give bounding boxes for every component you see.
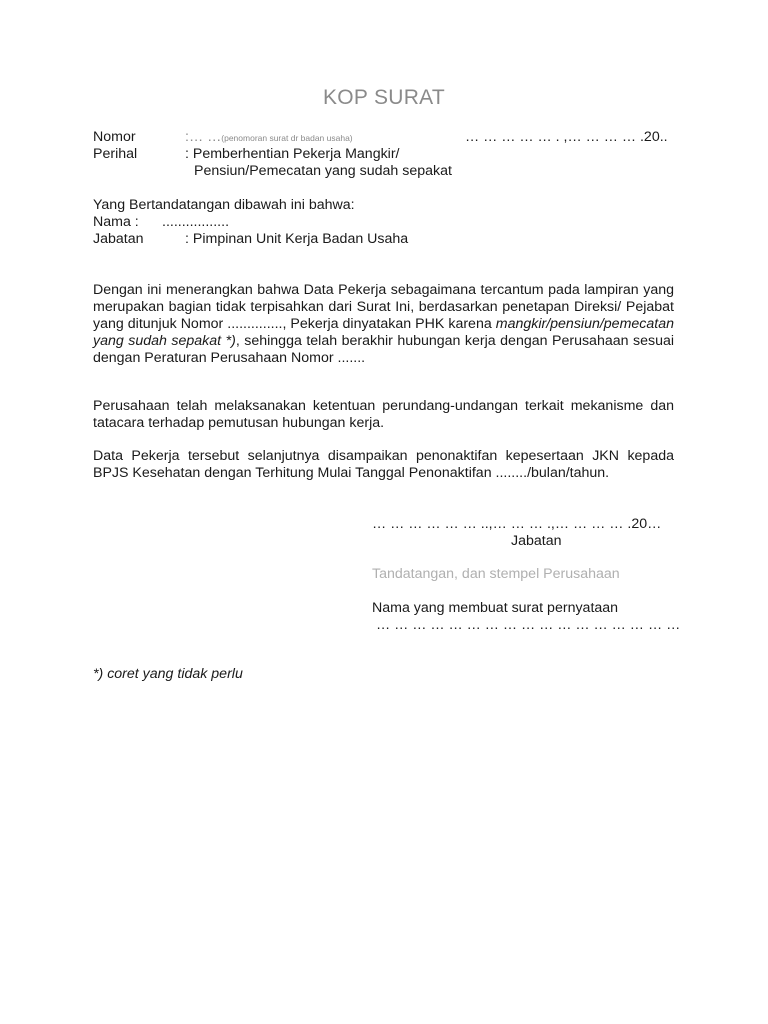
paragraph-compliance: Perusahaan telah melaksanakan ketentuan … xyxy=(93,398,674,432)
jabatan-label: Jabatan xyxy=(93,231,144,247)
nomor-placeholder: :… … xyxy=(185,129,221,145)
closing-place-date: … … … … … … ..,… … … .,… … … … .20… xyxy=(372,516,661,532)
signer-name-dots: … … … … … … … … … … … … … … … … … xyxy=(376,617,680,633)
nomor-hint: (penomoran surat dr badan usaha) xyxy=(221,133,352,143)
perihal-line2: Pensiun/Pemecatan yang sudah sepakat xyxy=(194,163,452,179)
nomor-label: Nomor xyxy=(93,129,136,145)
nama-label: Nama : xyxy=(93,214,139,230)
signature-stamp-hint: Tandatangan, dan stempel Perusahaan xyxy=(372,566,620,582)
header-place-date: … … … … … . ,… … … … .20.. xyxy=(465,129,668,145)
nomor-value: :… …(penomoran surat dr badan usaha) xyxy=(185,129,353,145)
nama-value: ................. xyxy=(162,214,229,230)
paragraph-statement: Dengan ini menerangkan bahwa Data Pekerj… xyxy=(93,282,674,367)
signer-intro: Yang Bertandatangan dibawah ini bahwa: xyxy=(93,197,355,213)
perihal-label: Perihal xyxy=(93,146,137,162)
jabatan-value: : Pimpinan Unit Kerja Badan Usaha xyxy=(185,231,408,247)
perihal-line1: : Pemberhentian Pekerja Mangkir/ xyxy=(185,146,400,162)
signer-name-label: Nama yang membuat surat pernyataan xyxy=(372,600,618,616)
footnote: *) coret yang tidak perlu xyxy=(93,666,243,682)
letterhead-title: KOP SURAT xyxy=(0,86,768,110)
paragraph-deactivation: Data Pekerja tersebut selanjutnya disamp… xyxy=(93,448,674,482)
closing-jabatan: Jabatan xyxy=(511,533,562,549)
